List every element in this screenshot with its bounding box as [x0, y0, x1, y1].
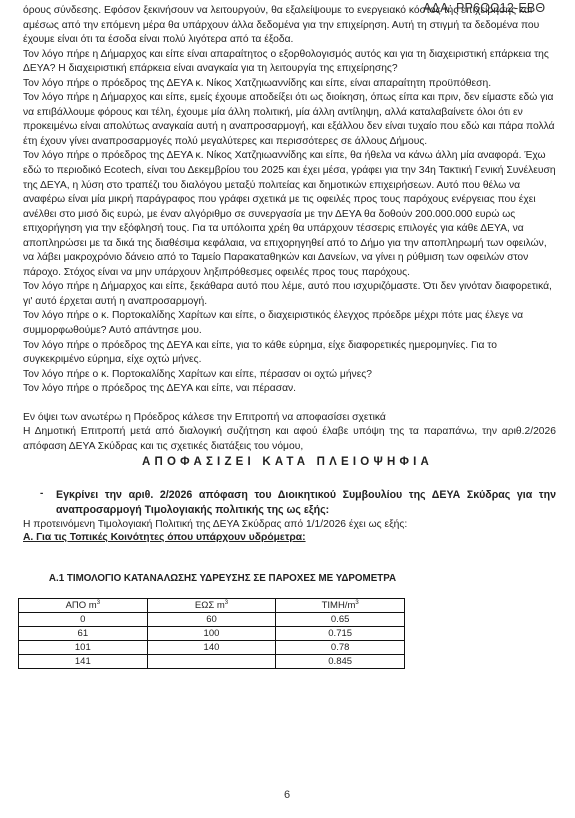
paragraph: Τον λόγο πήρε ο πρόεδρος της ΔΕΥΑ κ. Νίκ…	[23, 77, 556, 92]
paragraph: Τον λόγο πήρε η Δήμαρχος και είπε, εμείς…	[23, 91, 556, 149]
tariff-table: ΑΠΟ m3 ΕΩΣ m3 ΤΙΜΗ/m3 0 60 0.65 61 100 0…	[18, 598, 405, 669]
table-row: 61 100 0.715	[19, 627, 405, 641]
paragraph: όρους σύνδεσης. Εφόσον ξεκινήσουν να λει…	[23, 4, 556, 48]
header-price: ΤΙΜΗ/m3	[276, 599, 405, 613]
table-row: 0 60 0.65	[19, 613, 405, 627]
table-title: Α.1 ΤΙΜΟΛΟΓΙΟ ΚΑΤΑΝΑΛΩΣΗΣ ΥΔΡΕΥΣΗΣ ΣΕ ΠΑ…	[0, 573, 575, 584]
cell-price: 0.715	[276, 627, 405, 641]
cell-price: 0.845	[276, 655, 405, 669]
header-from: ΑΠΟ m3	[19, 599, 148, 613]
paragraph: Τον λόγο πήρε ο πρόεδρος της ΔΕΥΑ και εί…	[23, 382, 556, 397]
table-row: 101 140 0.78	[19, 641, 405, 655]
cell-to: 60	[147, 613, 276, 627]
paragraph: Τον λόγο πήρε η Δήμαρχος και είπε, ξεκάθ…	[23, 280, 556, 309]
cell-price: 0.65	[276, 613, 405, 627]
paragraph: Τον λόγο πήρε ο πρόεδρος της ΔΕΥΑ και εί…	[23, 339, 556, 368]
cell-from: 0	[19, 613, 148, 627]
cell-to: 100	[147, 627, 276, 641]
cell-from: 61	[19, 627, 148, 641]
paragraph: Τον λόγο πήρε ο κ. Πορτοκαλίδης Χαρίτων …	[23, 309, 556, 338]
paragraph: Τον λόγο πήρε η Δήμαρχος και είπε είναι …	[23, 48, 556, 77]
decision-heading: ΑΠΟΦΑΣΙΖΕΙ ΚΑΤΑ ΠΛΕΙΟΨΗΦΙΑ	[0, 456, 575, 468]
spacer	[23, 397, 556, 411]
cell-to	[147, 655, 276, 669]
conclusion-line: Η Δημοτική Επιτροπή μετά από διαλογική σ…	[23, 425, 556, 454]
conclusion-line: Εν όψει των ανωτέρω η Πρόεδρος κάλεσε τη…	[23, 411, 556, 426]
cell-from: 141	[19, 655, 148, 669]
section-a-heading: Α. Για τις Τοπικές Κοινότητες όπου υπάρχ…	[23, 532, 306, 543]
table-title-text: Α.1 ΤΙΜΟΛΟΓΙΟ ΚΑΤΑΝΑΛΩΣΗΣ ΥΔΡΕΥΣΗΣ ΣΕ ΠΑ…	[49, 573, 396, 584]
minutes-body: όρους σύνδεσης. Εφόσον ξεκινήσουν να λει…	[23, 4, 556, 454]
header-label: ΤΙΜΗ/m	[322, 600, 356, 611]
table-header-row: ΑΠΟ m3 ΕΩΣ m3 ΤΙΜΗ/m3	[19, 599, 405, 613]
header-label: ΑΠΟ m	[66, 600, 97, 611]
cell-from: 101	[19, 641, 148, 655]
approval-text: Εγκρίνει την αριθ. 2/2026 απόφαση του Δι…	[56, 488, 556, 518]
cell-price: 0.78	[276, 641, 405, 655]
cell-to: 140	[147, 641, 276, 655]
superscript: 3	[97, 600, 100, 606]
paragraph: Τον λόγο πήρε ο κ. Πορτοκαλίδης Χαρίτων …	[23, 368, 556, 383]
paragraph: Τον λόγο πήρε ο πρόεδρος της ΔΕΥΑ κ. Νίκ…	[23, 149, 556, 280]
page-number: 6	[284, 789, 290, 801]
bullet-marker: -	[40, 488, 43, 499]
policy-line: Η προτεινόμενη Τιμολογιακή Πολιτική της …	[23, 518, 407, 532]
table-row: 141 0.845	[19, 655, 405, 669]
header-to: ΕΩΣ m3	[147, 599, 276, 613]
header-label: ΕΩΣ m	[195, 600, 225, 611]
superscript: 3	[355, 600, 358, 606]
superscript: 3	[225, 600, 228, 606]
